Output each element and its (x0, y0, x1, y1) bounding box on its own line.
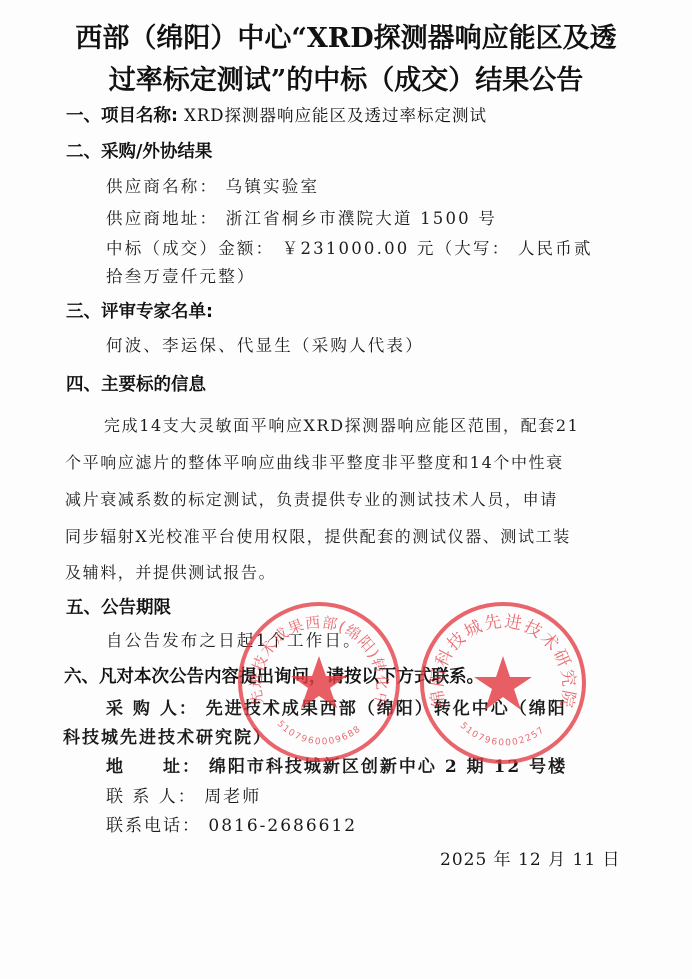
subject-info-line-3: 减片衰减系数的标定测试，负责提供专业的测试技术人员，申请 (65, 487, 558, 510)
svg-text:5107960002257: 5107960002257 (458, 721, 547, 749)
svg-text:5107960009688: 5107960009688 (275, 719, 364, 747)
section-expert-list: 三、评审专家名单: (66, 298, 213, 323)
purchaser-line-2: 科技城先进技术研究院） (63, 723, 272, 748)
stamp-2-code: 5107960002257 (458, 721, 547, 749)
announcement-page: 西部（绵阳）中心“XRD探测器响应能区及透 过率标定测试”的中标（成交）结果公告… (0, 0, 692, 979)
address-value: 绵阳市科技城新区创新中心 2 期 12 号楼 (209, 757, 567, 777)
stamp-1-code: 5107960009688 (275, 719, 364, 747)
section-project-name: 一、项目名称: XRD探测器响应能区及透过率标定测试 (66, 102, 487, 127)
section-label: 一、项目名称: (66, 106, 178, 126)
bid-amount-line-1: 中标（成交）金额： ￥231000.00 元（大写： 人民币贰 (106, 235, 593, 259)
section-main-subject-info: 四、主要标的信息 (66, 371, 206, 396)
announcement-date: 2025 年 12 月 11 日 (440, 845, 621, 870)
expert-names: 何波、李运保、代显生（采购人代表） (106, 332, 424, 356)
contact-phone: 联系电话： 0816-2686612 (106, 811, 357, 836)
subject-info-line-1: 完成14支大灵敏面平响应XRD探测器响应能区范围，配套21 (104, 413, 579, 436)
address-row: 地 址： 绵阳市科技城新区创新中心 2 期 12 号楼 (106, 752, 567, 777)
subject-info-line-5: 及辅料，并提供测试报告。 (65, 560, 276, 583)
document-title-line-1: 西部（绵阳）中心“XRD探测器响应能区及透 (0, 16, 692, 55)
section-contact-info: 六、凡对本次公告内容提出询问，请按以下方式联系。 (64, 663, 484, 688)
section-announcement-period: 五、公告期限 (66, 594, 171, 619)
section-procurement-result: 二、采购/外协结果 (66, 138, 212, 163)
subject-info-line-4: 同步辐射X光校准平台使用权限，提供配套的测试仪器、测试工装 (65, 524, 571, 547)
document-title-line-2: 过率标定测试”的中标（成交）结果公告 (0, 58, 692, 97)
contact-person: 联 系 人： 周老师 (106, 782, 261, 807)
purchaser-line-1: 采 购 人： 先进技术成果西部（绵阳）转化中心（绵阳 (106, 694, 567, 719)
project-name-value: XRD探测器响应能区及透过率标定测试 (184, 106, 487, 125)
address-label: 地 址： (106, 757, 201, 777)
supplier-address: 供应商地址： 浙江省桐乡市濮院大道 1500 号 (106, 205, 497, 229)
supplier-name: 供应商名称： 乌镇实验室 (106, 173, 319, 197)
subject-info-line-2: 个平响应滤片的整体平响应曲线非平整度非平整度和14个中性衰 (65, 450, 564, 473)
announcement-period-value: 自公告发布之日起1个工作日。 (106, 627, 362, 651)
bid-amount-line-2: 拾叁万壹仟元整） (106, 263, 256, 287)
